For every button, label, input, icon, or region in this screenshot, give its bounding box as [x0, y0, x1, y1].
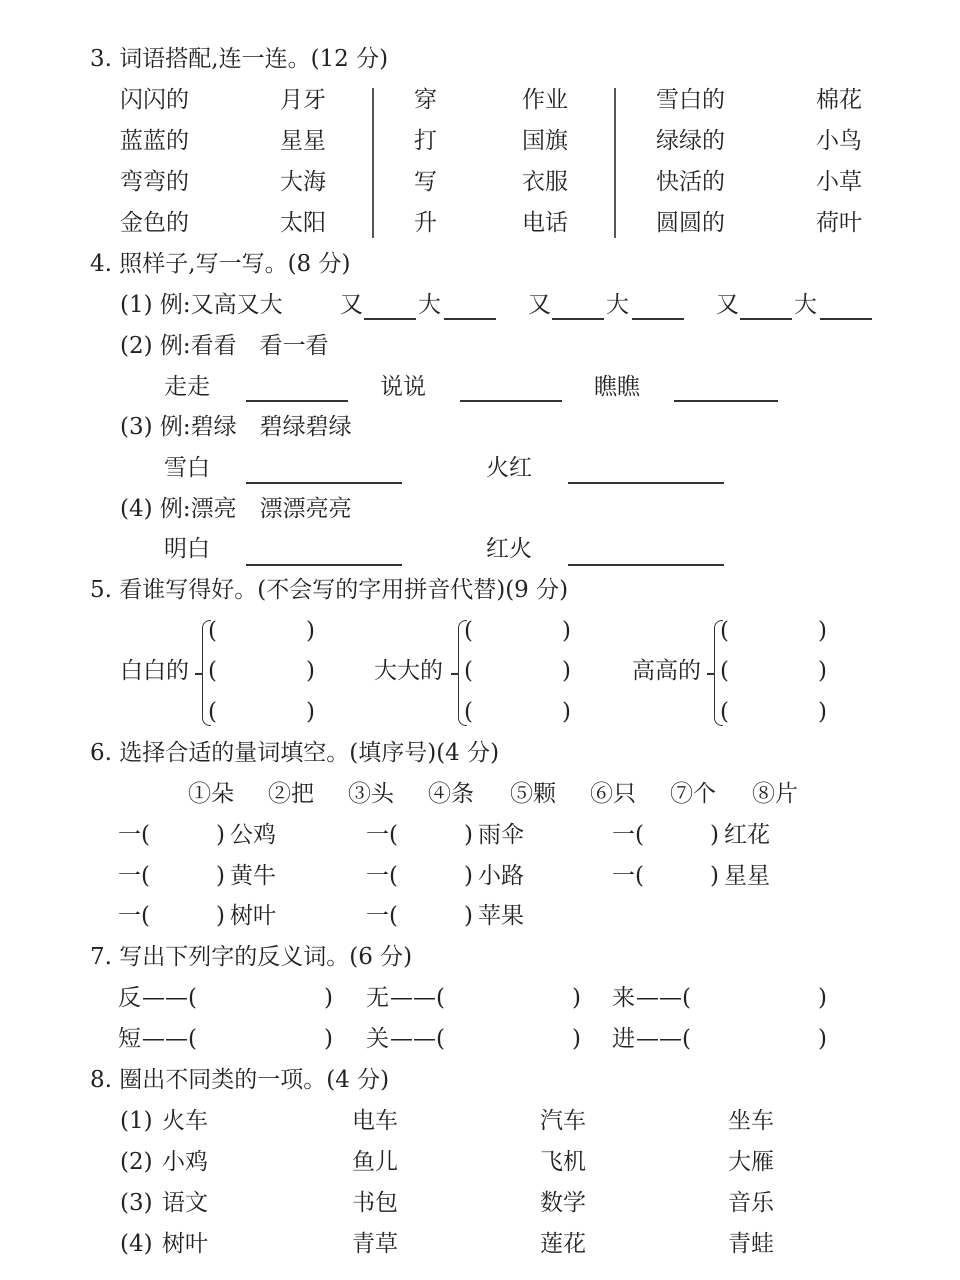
q3-g1-right-1[interactable]: 星星	[280, 130, 326, 153]
q5-g2-open-0: (	[720, 620, 729, 643]
q3-g2-right-3[interactable]: 电话	[522, 212, 568, 235]
q6-title: 6. 选择合适的量词填空。(填序号)(4 分)	[90, 742, 499, 765]
q6-r0-c0-close: )	[216, 824, 225, 847]
q4-p1-da-2: 大	[606, 294, 629, 317]
q5-g0-open-0: (	[208, 620, 217, 643]
q6-r1-c2-prefix: 一(	[612, 865, 644, 888]
q4-p1-label: (1) 例:又高又大	[120, 294, 283, 317]
q6-r1-c0-noun: 黄牛	[230, 865, 276, 888]
q7-r1-c1-close: )	[572, 1028, 581, 1051]
q8-r3-item-2[interactable]: 莲花	[540, 1233, 586, 1256]
q7-r0-c2-dash: ——(	[636, 987, 691, 1010]
q4-p2-label: (2) 例:看看 看一看	[120, 335, 329, 358]
q8-r2-item-0[interactable]: 语文	[162, 1192, 208, 1215]
q3-g2-left-0[interactable]: 穿	[414, 89, 437, 112]
q6-r2-c1-close: )	[464, 905, 473, 928]
q3-g2-right-0[interactable]: 作业	[522, 89, 568, 112]
q4-p2-blank-2[interactable]	[674, 400, 778, 402]
q4-p1-blank-2b[interactable]	[632, 318, 684, 320]
q6-r2-c1-noun: 苹果	[478, 905, 524, 928]
q8-r0-item-0[interactable]: 火车	[162, 1110, 208, 1133]
q3-g2-right-2[interactable]: 衣服	[522, 171, 568, 194]
q6-r0-c0-noun: 公鸡	[230, 824, 276, 847]
q4-p2-item-0: 走走	[164, 376, 210, 399]
q5-g2-close-2: )	[818, 701, 827, 724]
q6-option-3: ④条	[428, 783, 474, 806]
q5-g2-open-1: (	[720, 660, 729, 683]
q4-p1-you-1: 又	[340, 294, 363, 317]
q4-p2-blank-1[interactable]	[460, 400, 562, 402]
q5-g0-close-2: )	[306, 701, 315, 724]
q3-g1-right-3[interactable]: 太阳	[280, 212, 326, 235]
q3-divider-1	[372, 88, 374, 238]
q8-r1-item-0[interactable]: 小鸡	[162, 1151, 208, 1174]
q3-g1-left-2[interactable]: 弯弯的	[120, 171, 189, 194]
q4-p1-da-3: 大	[794, 294, 817, 317]
q8-r0-item-3[interactable]: 坐车	[728, 1110, 774, 1133]
q8-r1-item-1[interactable]: 鱼儿	[352, 1151, 398, 1174]
q4-p1-blank-2a[interactable]	[552, 318, 604, 320]
q5-g2-close-0: )	[818, 620, 827, 643]
q7-r1-c1-dash: ——(	[390, 1028, 445, 1051]
q5-title: 5. 看谁写得好。(不会写的字用拼音代替)(9 分)	[90, 579, 568, 602]
q3-g3-left-1[interactable]: 绿绿的	[656, 130, 725, 153]
q5-g1-close-1: )	[562, 660, 571, 683]
q4-p1-you-2: 又	[528, 294, 551, 317]
q6-r0-c2-noun: 红花	[724, 824, 770, 847]
q7-r0-c2-close: )	[818, 987, 827, 1010]
q3-title: 3. 词语搭配,连一连。(12 分)	[90, 48, 388, 71]
q5-g0-close-0: )	[306, 620, 315, 643]
q7-title: 7. 写出下列字的反义词。(6 分)	[90, 946, 412, 969]
q7-r1-c0-char: 短	[118, 1028, 141, 1051]
q7-r1-c0-close: )	[324, 1028, 333, 1051]
q3-g1-left-1[interactable]: 蓝蓝的	[120, 130, 189, 153]
q5-g2-open-2: (	[720, 701, 729, 724]
q3-g2-left-2[interactable]: 写	[414, 171, 437, 194]
q4-p1-blank-1b[interactable]	[444, 318, 496, 320]
q4-p1-da-1: 大	[418, 294, 441, 317]
q8-r1-label: (2)	[120, 1151, 153, 1174]
q8-r2-item-2[interactable]: 数学	[540, 1192, 586, 1215]
q3-g3-right-1[interactable]: 小鸟	[816, 130, 862, 153]
q7-r1-c2-dash: ——(	[636, 1028, 691, 1051]
q8-r1-item-3[interactable]: 大雁	[728, 1151, 774, 1174]
q7-r1-c2-close: )	[818, 1028, 827, 1051]
q7-r0-c1-char: 无	[366, 987, 389, 1010]
q7-r1-c1-char: 关	[366, 1028, 389, 1051]
q3-g1-left-0[interactable]: 闪闪的	[120, 89, 189, 112]
q7-r1-c0-dash: ——(	[142, 1028, 197, 1051]
q4-p1-you-3: 又	[716, 294, 739, 317]
q6-option-6: ⑦个	[670, 783, 716, 806]
q8-r2-label: (3)	[120, 1192, 153, 1215]
q6-r1-c1-noun: 小路	[478, 865, 524, 888]
q3-g2-left-1[interactable]: 打	[414, 130, 437, 153]
q7-r0-c0-char: 反	[118, 987, 141, 1010]
q3-g3-right-3[interactable]: 荷叶	[816, 212, 862, 235]
q3-g3-left-3[interactable]: 圆圆的	[656, 212, 725, 235]
q6-option-4: ⑤颗	[510, 783, 556, 806]
q5-g1-close-2: )	[562, 701, 571, 724]
q8-r3-item-3[interactable]: 青蛙	[728, 1233, 774, 1256]
q6-r1-c2-noun: 星星	[724, 865, 770, 888]
q6-option-7: ⑧片	[752, 783, 798, 806]
q6-r1-c0-prefix: 一(	[118, 865, 150, 888]
q4-p4-item-0: 明白	[164, 538, 210, 561]
q8-title: 8. 圈出不同类的一项。(4 分)	[90, 1069, 389, 1092]
q6-r1-c1-close: )	[464, 865, 473, 888]
q3-g1-right-0[interactable]: 月牙	[280, 89, 326, 112]
q3-divider-2	[614, 88, 616, 238]
q6-option-1: ②把	[268, 783, 314, 806]
q6-option-2: ③头	[348, 783, 394, 806]
q3-g3-left-0[interactable]: 雪白的	[656, 89, 725, 112]
q3-g3-right-0[interactable]: 棉花	[816, 89, 862, 112]
q4-p3-item-1: 火红	[486, 457, 532, 480]
q4-p4-item-1: 红火	[486, 538, 532, 561]
q5-g1-open-2: (	[464, 701, 473, 724]
q4-p4-label: (4) 例:漂亮 漂漂亮亮	[120, 498, 352, 521]
q6-option-5: ⑥只	[590, 783, 636, 806]
q6-r1-c2-close: )	[710, 865, 719, 888]
q3-g1-right-2[interactable]: 大海	[280, 171, 326, 194]
q6-r2-c0-prefix: 一(	[118, 905, 150, 928]
q7-r0-c1-dash: ——(	[390, 987, 445, 1010]
q6-r1-c1-prefix: 一(	[366, 865, 398, 888]
q8-r1-item-2[interactable]: 飞机	[540, 1151, 586, 1174]
q3-g2-right-1[interactable]: 国旗	[522, 130, 568, 153]
q4-p4-blank-0[interactable]	[246, 564, 402, 566]
q3-g1-left-3[interactable]: 金色的	[120, 212, 189, 235]
q3-g3-right-2[interactable]: 小草	[816, 171, 862, 194]
q4-p3-item-0: 雪白	[164, 457, 210, 480]
q4-p1-blank-1a[interactable]	[364, 318, 416, 320]
q6-r2-c0-noun: 树叶	[230, 905, 276, 928]
q8-r2-item-3[interactable]: 音乐	[728, 1192, 774, 1215]
q6-r1-c0-close: )	[216, 865, 225, 888]
q3-g2-left-3[interactable]: 升	[414, 212, 437, 235]
q7-r1-c2-char: 进	[612, 1028, 635, 1051]
q4-p1-blank-3b[interactable]	[820, 318, 872, 320]
q8-r0-label: (1)	[120, 1110, 153, 1133]
q7-r0-c0-close: )	[324, 987, 333, 1010]
q5-g1-open-1: (	[464, 660, 473, 683]
q5-group-label-1: 大大的	[374, 660, 443, 683]
q4-p4-blank-1[interactable]	[568, 564, 724, 566]
q4-p2-blank-0[interactable]	[246, 400, 348, 402]
q4-p3-blank-1[interactable]	[568, 482, 724, 484]
q5-group-label-0: 白白的	[120, 660, 189, 683]
q4-title: 4. 照样子,写一写。(8 分)	[90, 253, 350, 276]
q8-r0-item-1[interactable]: 电车	[352, 1110, 398, 1133]
q5-g0-open-2: (	[208, 701, 217, 724]
q4-p1-blank-3a[interactable]	[740, 318, 792, 320]
q5-g1-close-0: )	[562, 620, 571, 643]
q6-r2-c0-close: )	[216, 905, 225, 928]
q8-r0-item-2[interactable]: 汽车	[540, 1110, 586, 1133]
q6-r0-c2-close: )	[710, 824, 719, 847]
q5-group-label-2: 高高的	[632, 660, 701, 683]
q6-r2-c1-prefix: 一(	[366, 905, 398, 928]
q8-r3-item-0[interactable]: 树叶	[162, 1233, 208, 1256]
q4-p3-blank-0[interactable]	[246, 482, 402, 484]
q8-r2-item-1[interactable]: 书包	[352, 1192, 398, 1215]
q5-g0-close-1: )	[306, 660, 315, 683]
q6-r0-c0-prefix: 一(	[118, 824, 150, 847]
q8-r3-label: (4)	[120, 1233, 153, 1256]
q6-r0-c1-noun: 雨伞	[478, 824, 524, 847]
q6-r0-c1-close: )	[464, 824, 473, 847]
q4-p2-item-1: 说说	[380, 376, 426, 399]
q7-r0-c1-close: )	[572, 987, 581, 1010]
q4-p3-label: (3) 例:碧绿 碧绿碧绿	[120, 416, 352, 439]
q6-r0-c2-prefix: 一(	[612, 824, 644, 847]
q5-g2-close-1: )	[818, 660, 827, 683]
q5-g1-open-0: (	[464, 620, 473, 643]
q6-option-0: ①朵	[188, 783, 234, 806]
q8-r3-item-1[interactable]: 青草	[352, 1233, 398, 1256]
q7-r0-c2-char: 来	[612, 987, 635, 1010]
q5-g0-open-1: (	[208, 660, 217, 683]
q4-p2-item-2: 瞧瞧	[594, 376, 640, 399]
q7-r0-c0-dash: ——(	[142, 987, 197, 1010]
q3-g3-left-2[interactable]: 快活的	[656, 171, 725, 194]
q6-r0-c1-prefix: 一(	[366, 824, 398, 847]
